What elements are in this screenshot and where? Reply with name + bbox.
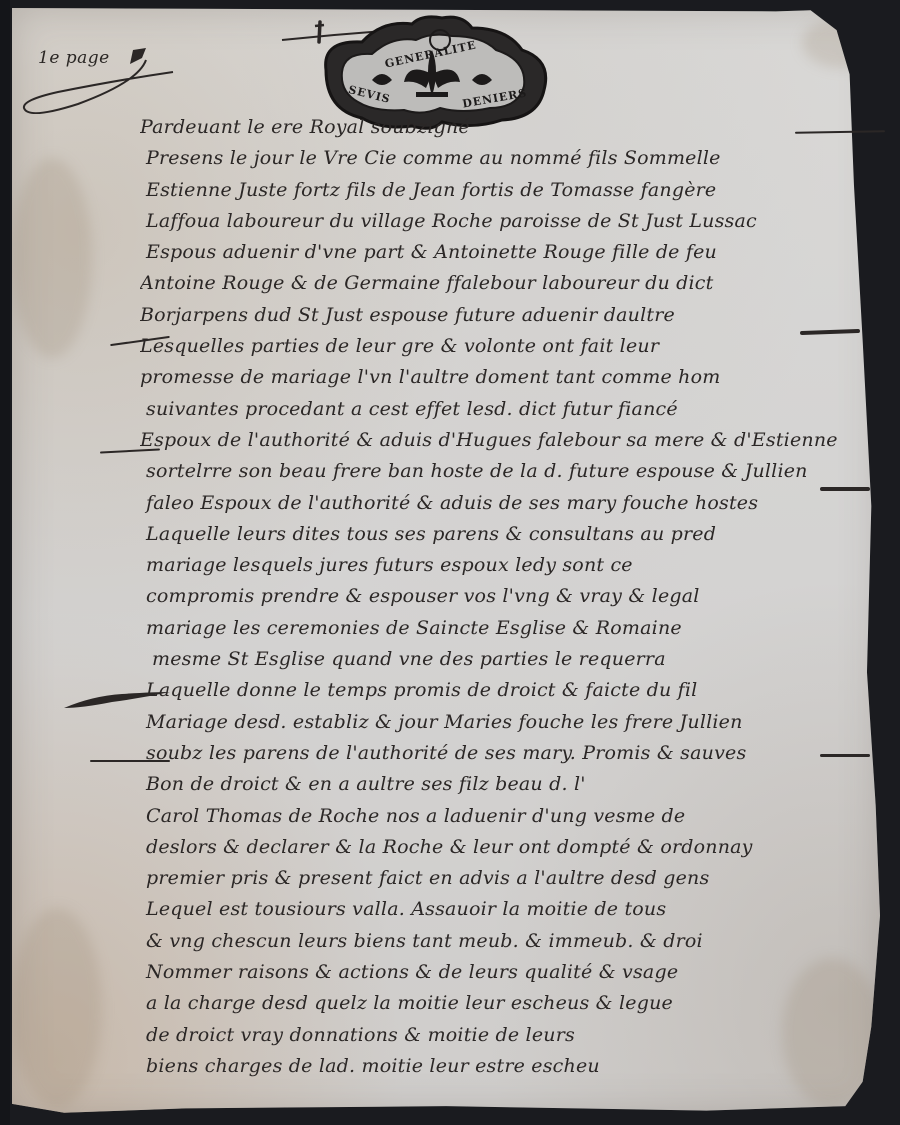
margin-flourish-icon [18,42,178,120]
manuscript-line: mariage les ceremonies de Saincte Esglis… [140,613,880,644]
manuscript-line: faleo Espoux de l'authorité & aduis de s… [140,488,880,519]
manuscript-line: mariage lesquels jures futurs espoux led… [140,550,880,581]
manuscript-line: Carol Thomas de Roche nos a laduenir d'u… [140,801,880,832]
manuscript-line: Pardeuant le ere Royal soubzigné [140,112,880,143]
manuscript-line: Antoine Rouge & de Germaine ffalebour la… [140,268,880,299]
manuscript-line: Lesquelles parties de leur gre & volonte… [140,331,880,362]
scanned-page: 1e page GENERALITE SEVIS DENIERS Pardeua… [0,0,900,1125]
scan-edge-shadow [0,0,10,1125]
margin-flourish [90,760,170,762]
manuscript-line: a la charge desd quelz la moitie leur es… [140,988,880,1019]
manuscript-line: mesme St Esglise quand vne des parties l… [140,644,880,675]
manuscript-line: Mariage desd. establiz & jour Maries fou… [140,707,880,738]
manuscript-line: Laquelle leurs dites tous ses parens & c… [140,519,880,550]
manuscript-line: de droict vray donnations & moitie de le… [140,1020,880,1051]
manuscript-line: deslors & declarer & la Roche & leur ont… [140,832,880,863]
manuscript-line: & vng chescun leurs biens tant meub. & i… [140,926,880,957]
manuscript-line: Borjarpens dud St Just espouse future ad… [140,300,880,331]
manuscript-line: compromis prendre & espouser vos l'vng &… [140,581,880,612]
manuscript-line: sortelrre son beau frere ban hoste de la… [140,456,880,487]
manuscript-line: Laffoua laboureur du village Roche paroi… [140,206,880,237]
manuscript-line: soubz les parens de l'authorité de ses m… [140,738,880,769]
manuscript-line: Espous aduenir d'vne part & Antoinette R… [140,237,880,268]
manuscript-line: Lequel est tousiours valla. Assauoir la … [140,894,880,925]
manuscript-text: Pardeuant le ere Royal soubzigné Presens… [140,112,880,1082]
manuscript-line: Laquelle donne le temps promis de droict… [140,675,880,706]
manuscript-line: Bon de droict & en a aultre ses filz bea… [140,769,880,800]
paper-stain [12,908,102,1108]
manuscript-line: Espoux de l'authorité & aduis d'Hugues f… [140,425,880,456]
paper-stain [12,158,92,358]
manuscript-line: Estienne Juste fortz fils de Jean fortis… [140,175,880,206]
line-end-flourish [820,754,870,757]
manuscript-line: Presens le jour le Vre Cie comme au nomm… [140,143,880,174]
margin-note: 1e page [18,42,178,120]
manuscript-line: promesse de mariage l'vn l'aultre doment… [140,362,880,393]
paper-stain [802,18,882,68]
manuscript-line: biens charges de lad. moitie leur estre … [140,1051,880,1082]
manuscript-line: suivantes procedant a cest effet lesd. d… [140,394,880,425]
line-end-flourish [820,487,870,491]
manuscript-line: Nommer raisons & actions & de leurs qual… [140,957,880,988]
manuscript-line: premier pris & present faict en advis a … [140,863,880,894]
quill-stroke-icon [62,688,172,712]
